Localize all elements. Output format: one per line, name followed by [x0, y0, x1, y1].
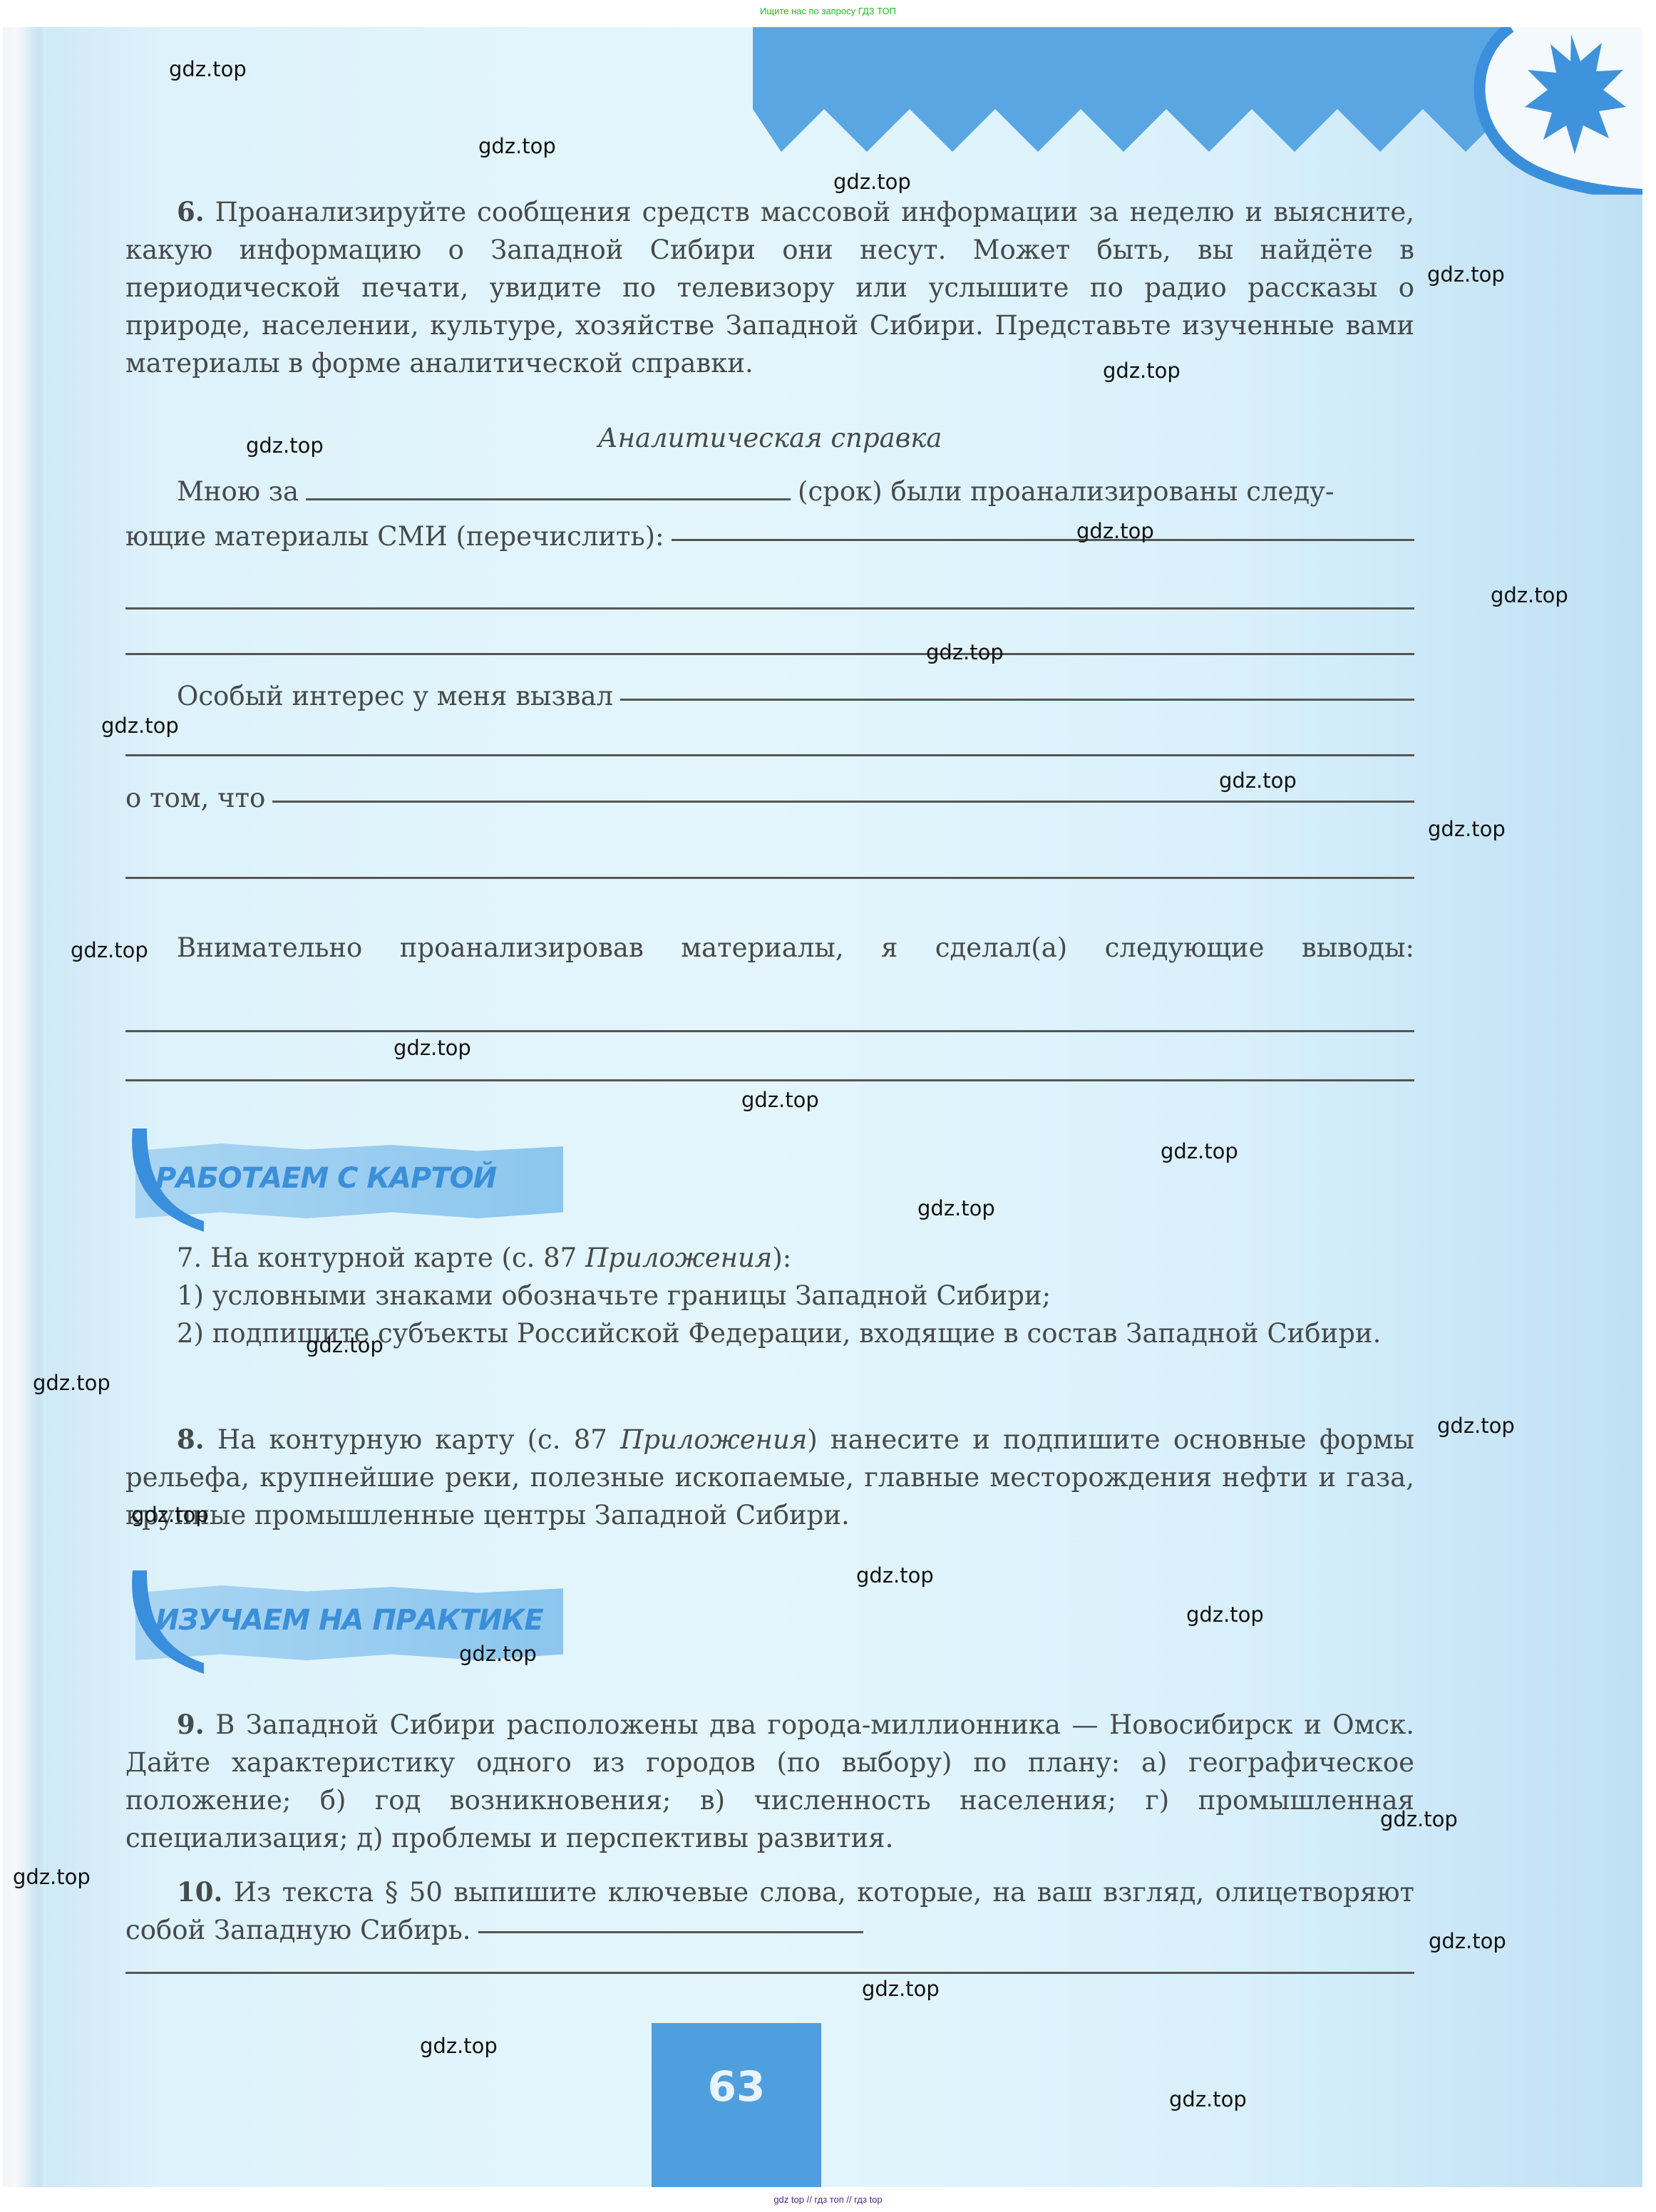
keywords-field[interactable]: [478, 1931, 863, 1933]
section-map-badge: РАБОТАЕМ С КАРТОЙ: [125, 1125, 567, 1232]
watermark: gdz.top: [833, 170, 911, 194]
watermark: gdz.top: [1428, 817, 1506, 841]
keywords-line-2[interactable]: [125, 1972, 1414, 1974]
task-number: 7.: [177, 1243, 202, 1273]
task-7-item-1: 1) условными знаками обозначьте границы …: [125, 1277, 1414, 1315]
watermark: gdz.top: [478, 134, 556, 158]
watermark: gdz.top: [1427, 262, 1505, 287]
task-10: 10. Из текста § 50 выпишите ключевые сло…: [125, 1873, 1414, 1949]
period-suffix: (срок) были проанализированы следу-: [798, 473, 1334, 510]
period-label: Мною за: [177, 473, 299, 510]
watermark: gdz.top: [1103, 359, 1181, 383]
watermark: gdz.top: [13, 1865, 91, 1889]
watermark: gdz.top: [856, 1563, 934, 1588]
task-7: 7. На контурной карте (с. 87 Приложения)…: [125, 1239, 1414, 1277]
about-line-2[interactable]: [125, 877, 1414, 879]
about-field[interactable]: [272, 801, 1414, 803]
section-label: РАБОТАЕМ С КАРТОЙ: [155, 1162, 496, 1195]
materials-label: ющие материалы СМИ (перечислить):: [125, 518, 664, 555]
appendix-ref: Приложения: [620, 1424, 807, 1455]
section-label: ИЗУЧАЕМ НА ПРАКТИКЕ: [155, 1604, 543, 1637]
task-9: 9. В Западной Сибири расположены два гор…: [125, 1706, 1414, 1857]
task-text: Проанализируйте сообщения средств массов…: [125, 197, 1414, 379]
page-number-box: 63: [652, 2023, 821, 2187]
watermark: gdz.top: [1491, 583, 1568, 607]
interest-label: Особый интерес у меня вызвал: [177, 677, 613, 715]
search-hint: Ищите нас по запросу ГДЗ ТОП: [0, 6, 1656, 16]
watermark: gdz.top: [741, 1088, 819, 1112]
task-intro: На контурной карте (с. 87: [210, 1243, 585, 1273]
watermark: gdz.top: [1169, 2087, 1247, 2111]
task-text: Из текста § 50 выпишите ключевые слова, …: [125, 1877, 1414, 1945]
task-intro-end: ):: [772, 1243, 791, 1273]
materials-line-2[interactable]: [125, 607, 1414, 609]
task-number: 8.: [177, 1424, 205, 1455]
task-number: 10.: [177, 1876, 222, 1908]
period-field[interactable]: [306, 498, 791, 500]
watermark: gdz.top: [459, 1642, 537, 1666]
watermark: gdz.top: [394, 1036, 471, 1060]
watermark: gdz.top: [1076, 519, 1154, 543]
workbook-page: 6. Проанализируйте сообщения средств мас…: [3, 27, 1642, 2187]
page-number: 63: [652, 2062, 821, 2111]
task-text: В Западной Сибири расположены два города…: [125, 1709, 1414, 1853]
watermark: gdz.top: [862, 1977, 940, 2001]
watermark: gdz.top: [131, 1503, 209, 1527]
materials-field[interactable]: [672, 539, 1414, 541]
watermark: gdz.top: [169, 57, 247, 81]
watermark: gdz.top: [420, 2034, 498, 2058]
conclusion-line-1[interactable]: [125, 1030, 1414, 1032]
conclusion-label: Внимательно проанализировав материалы, я…: [125, 929, 1414, 967]
watermark: gdz.top: [1219, 768, 1297, 793]
watermark: gdz.top: [926, 640, 1004, 664]
task-number: 6.: [177, 196, 205, 227]
star-emblem-icon: [1425, 27, 1642, 195]
task-6: 6. Проанализируйте сообщения средств мас…: [125, 193, 1414, 382]
footer-links: gdz top // гдз топ // гдз top: [0, 2194, 1656, 2205]
task-number: 9.: [177, 1709, 205, 1740]
watermark: gdz.top: [1161, 1139, 1238, 1163]
appendix-ref: Приложения: [585, 1243, 772, 1273]
watermark: gdz.top: [306, 1333, 384, 1357]
period-row: Мною за (срок) были проанализированы сле…: [125, 473, 1414, 510]
task-8: 8. На контурную карту (с. 87 Приложения)…: [125, 1421, 1414, 1534]
interest-line-2[interactable]: [125, 754, 1414, 756]
about-label: о том, что: [125, 779, 265, 817]
conclusion-line-2[interactable]: [125, 1079, 1414, 1081]
watermark: gdz.top: [1380, 1807, 1458, 1831]
task-text: На контурную карту (с. 87: [217, 1424, 620, 1455]
page-spine: [3, 27, 46, 2187]
watermark: gdz.top: [1437, 1414, 1515, 1438]
watermark: gdz.top: [1186, 1603, 1264, 1627]
watermark: gdz.top: [246, 433, 324, 458]
watermark: gdz.top: [101, 714, 179, 738]
watermark: gdz.top: [71, 938, 148, 962]
interest-field[interactable]: [620, 699, 1414, 701]
watermark: gdz.top: [917, 1196, 995, 1220]
watermark: gdz.top: [1429, 1929, 1506, 1953]
materials-line-3[interactable]: [125, 653, 1414, 655]
watermark: gdz.top: [33, 1371, 110, 1395]
interest-row: Особый интерес у меня вызвал: [125, 677, 1414, 715]
materials-row: ющие материалы СМИ (перечислить):: [125, 518, 1414, 555]
